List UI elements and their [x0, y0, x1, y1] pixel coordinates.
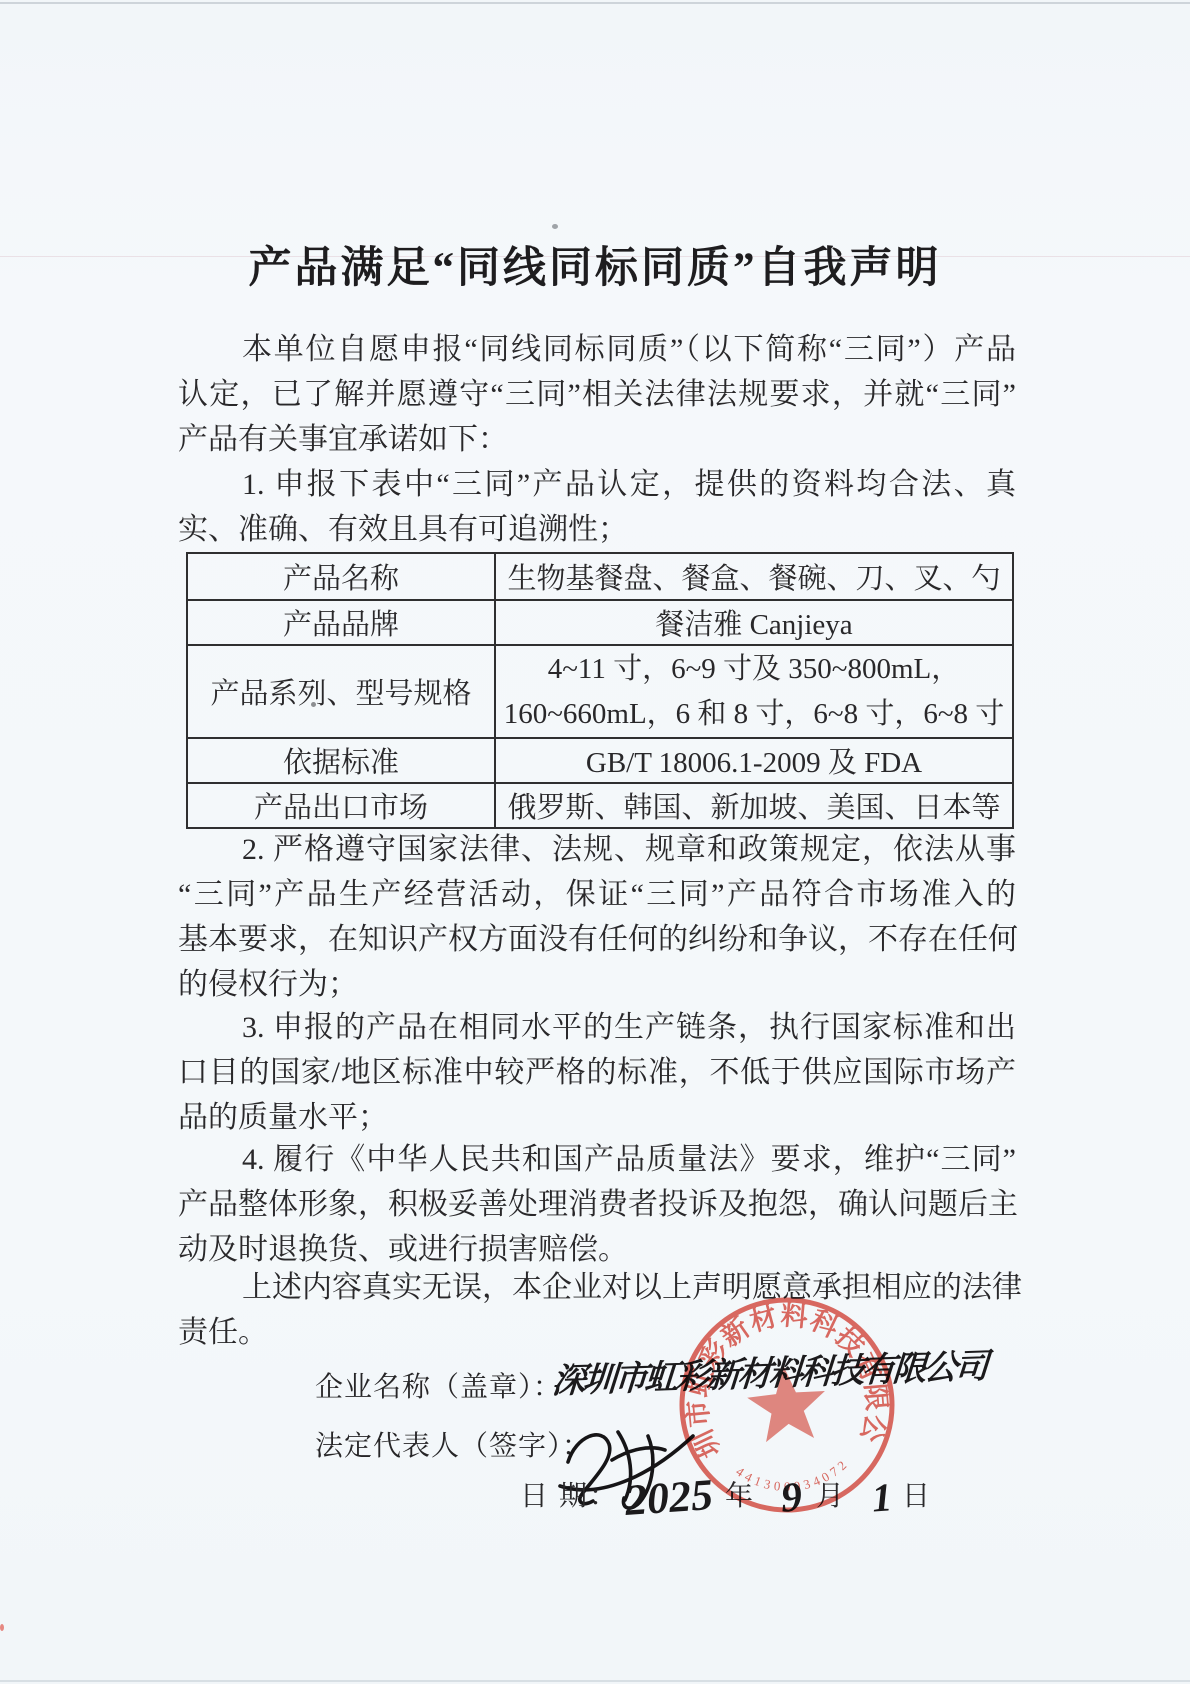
- company-seal: 深圳市虹彩新材料科技有限公司 441300034072: [652, 1270, 923, 1541]
- table-cell-value: 俄罗斯、韩国、新加坡、美国、日本等: [494, 782, 1012, 827]
- scan-speck-red: [0, 1624, 4, 1631]
- table-cell-label: 产品名称: [188, 554, 494, 599]
- table-cell-label: 产品品牌: [188, 599, 494, 644]
- text-line: 口目的国家/地区标准中较严格的标准，不低于供应国际市场产: [178, 1050, 1016, 1095]
- scan-edge-line-bottom: [0, 1680, 1190, 1682]
- text-line: “三同”产品生产经营活动，保证“三同”产品符合市场准入的: [178, 872, 1016, 917]
- seal-star: [745, 1363, 829, 1444]
- document-title: 产品满足“同线同标同质”自我声明: [0, 234, 1190, 295]
- table-value-line: 160~660mL，6 和 8 寸，6~8 寸，6~8 寸: [504, 692, 1005, 737]
- text-line: 基本要求，在知识产权方面没有任何的纠纷和争议，不存在任何: [178, 917, 1016, 962]
- signature-stroke: [612, 1448, 665, 1460]
- scan-speck: [552, 224, 558, 229]
- legal-rep-label: 法定代表人（签字）：: [315, 1424, 591, 1464]
- table-value-line: 4~11 寸，6~9 寸及 350~800mL，: [548, 647, 961, 692]
- table-cell-label: 产品系列、型号规格: [188, 644, 494, 737]
- text-line: 品的质量水平；: [178, 1095, 1016, 1140]
- text-line: 实、准确、有效且具有可追溯性；: [178, 507, 1016, 552]
- product-table: 产品名称 生物基餐盘、餐盒、餐碗、刀、叉、勺 产品品牌 餐洁雅 Canjieya…: [186, 552, 1014, 829]
- text-line: 本单位自愿申报“同线同标同质”（以下简称“三同”）产品: [178, 327, 1016, 372]
- table-cell-value: 生物基餐盘、餐盒、餐碗、刀、叉、勺: [494, 554, 1012, 599]
- document-page: { "page": { "background": "#f4f8fb", "in…: [0, 0, 1190, 1684]
- text-line: 的侵权行为；: [178, 962, 1016, 1007]
- text-line: 产品有关事宜承诺如下：: [178, 417, 1016, 462]
- date-label: 日 期：: [520, 1477, 619, 1517]
- table-cell-label: 依据标准: [188, 737, 494, 782]
- table-cell-value: 餐洁雅 Canjieya: [494, 599, 1012, 644]
- company-name-label: 企业名称（盖章）：: [315, 1365, 562, 1405]
- text-line: 认定，已了解并愿遵守“三同”相关法律法规要求，并就“三同”: [178, 372, 1016, 417]
- scan-edge-line-top: [0, 2, 1190, 4]
- table-cell-value: GB/T 18006.1-2009 及 FDA: [494, 737, 1012, 782]
- item4-paragraph: 4. 履行《中华人民共和国产品质量法》要求，维护“三同” 产品整体形象，积极妥善…: [178, 1137, 1016, 1272]
- table-cell-label: 产品出口市场: [188, 782, 494, 827]
- table-cell-value: 4~11 寸，6~9 寸及 350~800mL， 160~660mL，6 和 8…: [494, 644, 1012, 737]
- seal-code-text: 441300034072: [732, 1454, 854, 1499]
- item2-paragraph: 2. 严格遵守国家法律、法规、规章和政策规定，依法从事 “三同”产品生产经营活动…: [178, 827, 1016, 1007]
- item3-paragraph: 3. 申报的产品在相同水平的生产链条，执行国家标准和出 口目的国家/地区标准中较…: [178, 1005, 1016, 1140]
- text-line: 3. 申报的产品在相同水平的生产链条，执行国家标准和出: [178, 1005, 1016, 1050]
- intro-paragraph: 本单位自愿申报“同线同标同质”（以下简称“三同”）产品 认定，已了解并愿遵守“三…: [178, 327, 1016, 552]
- text-line: 2. 严格遵守国家法律、法规、规章和政策规定，依法从事: [178, 827, 1016, 872]
- text-line: 产品整体形象，积极妥善处理消费者投诉及抱怨，确认问题后主: [178, 1182, 1016, 1227]
- text-line: 1. 申报下表中“三同”产品认定，提供的资料均合法、真: [178, 462, 1016, 507]
- text-line: 4. 履行《中华人民共和国产品质量法》要求，维护“三同”: [178, 1137, 1016, 1182]
